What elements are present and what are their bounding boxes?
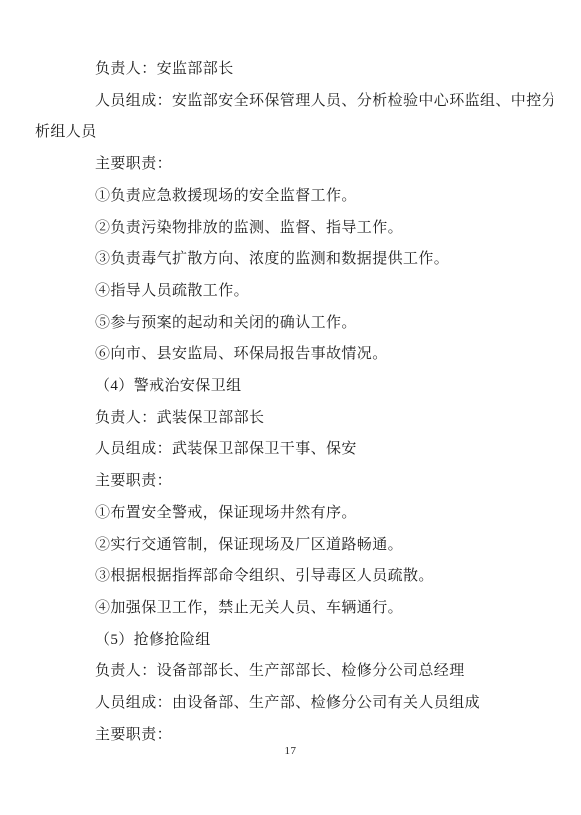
text-line: 人员组成：安监部安全环保管理人员、分析检验中心环监组、中控分 xyxy=(35,86,553,118)
list-item-circled-4: ④指导人员疏散工作。 xyxy=(35,276,553,308)
text-line: 负责人：安监部部长 xyxy=(35,54,553,86)
document-body: 负责人：安监部部长 人员组成：安监部安全环保管理人员、分析检验中心环监组、中控分… xyxy=(35,54,553,751)
list-item-circled-3: ③根据根据指挥部命令组织、引导毒区人员疏散。 xyxy=(35,561,553,593)
list-item-circled-5: ⑤参与预案的起动和关闭的确认工作。 xyxy=(35,308,553,340)
text-line: 主要职责： xyxy=(35,466,553,498)
list-item-circled-2: ②负责污染物排放的监测、监督、指导工作。 xyxy=(35,213,553,245)
text-line: 主要职责： xyxy=(35,149,553,181)
text-line-wrapped: 析组人员 xyxy=(35,117,553,149)
page-number: 17 xyxy=(0,745,581,757)
text-line: 负责人：武装保卫部部长 xyxy=(35,403,553,435)
list-item-circled-6: ⑥向市、县安监局、环保局报告事故情况。 xyxy=(35,339,553,371)
section-heading-4: （4）警戒治安保卫组 xyxy=(35,371,553,403)
list-item-circled-3: ③负责毒气扩散方向、浓度的监测和数据提供工作。 xyxy=(35,244,553,276)
list-item-circled-4: ④加强保卫工作，禁止无关人员、车辆通行。 xyxy=(35,593,553,625)
section-heading-5: （5）抢修抢险组 xyxy=(35,625,553,657)
text-line: 人员组成：由设备部、生产部、检修分公司有关人员组成 xyxy=(35,688,553,720)
list-item-circled-1: ①布置安全警戒，保证现场井然有序。 xyxy=(35,498,553,530)
document-page: 负责人：安监部部长 人员组成：安监部安全环保管理人员、分析检验中心环监组、中控分… xyxy=(0,0,581,815)
text-line: 人员组成：武装保卫部保卫干事、保安 xyxy=(35,434,553,466)
text-line: 负责人：设备部部长、生产部部长、检修分公司总经理 xyxy=(35,656,553,688)
list-item-circled-2: ②实行交通管制，保证现场及厂区道路畅通。 xyxy=(35,530,553,562)
list-item-circled-1: ①负责应急救援现场的安全监督工作。 xyxy=(35,181,553,213)
